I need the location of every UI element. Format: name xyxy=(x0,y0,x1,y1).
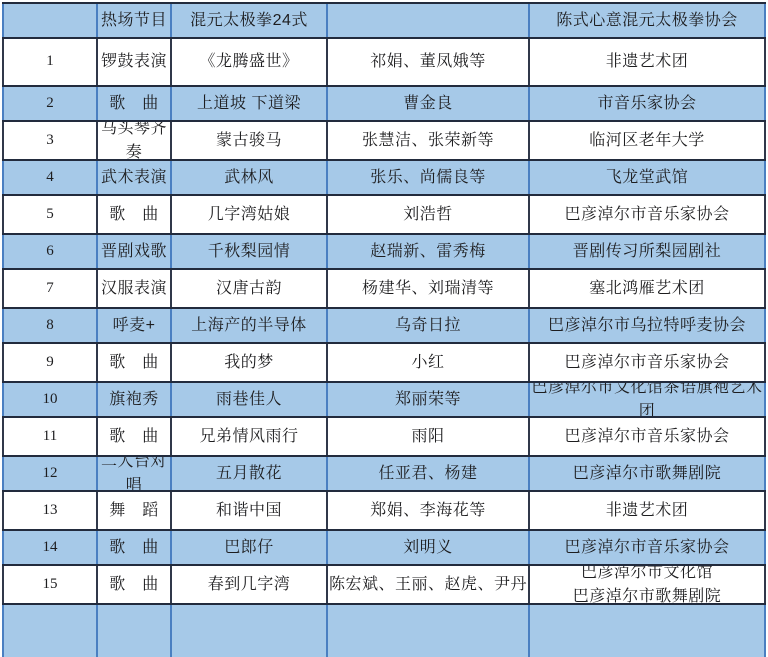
cell-title: 五月散花 xyxy=(172,457,328,490)
cell-category: 舞 蹈 xyxy=(98,492,172,529)
table-row: 8呼麦+上海产的半导体乌奇日拉巴彦淖尔市乌拉特呼麦协会 xyxy=(2,309,766,344)
cell-num: 10 xyxy=(2,383,98,416)
table-row: 9歌 曲我的梦小红巴彦淖尔市音乐家协会 xyxy=(2,344,766,383)
cell-performers: 小红 xyxy=(328,344,530,381)
table-row: 7汉服表演汉唐古韵杨建华、刘瑞清等塞北鸿雁艺术团 xyxy=(2,270,766,309)
cell-performers: 刘浩哲 xyxy=(328,196,530,233)
cell-organization: 塞北鸿雁艺术团 xyxy=(530,270,766,307)
cell-title: 混元太极拳24式 xyxy=(172,4,328,37)
table-row: 2歌 曲上道坡 下道梁曹金良市音乐家协会 xyxy=(2,87,766,122)
cell-category: 锣鼓表演 xyxy=(98,39,172,85)
cell-num: 4 xyxy=(2,161,98,194)
cell-organization: 非遗艺术团 xyxy=(530,492,766,529)
cell-category: 歌 曲 xyxy=(98,196,172,233)
cell-title: 《龙腾盛世》 xyxy=(172,39,328,85)
cell-category: 汉服表演 xyxy=(98,270,172,307)
table-row: 12二人台对唱五月散花任亚君、杨建巴彦淖尔市歌舞剧院 xyxy=(2,457,766,492)
cell-organization: 巴彦淖尔市音乐家协会 xyxy=(530,418,766,455)
table-row: 6晋剧戏歌千秋梨园情赵瑞新、雷秀梅晋剧传习所梨园剧社 xyxy=(2,235,766,270)
table-row-partial xyxy=(2,605,766,626)
cell-category: 歌 曲 xyxy=(98,418,172,455)
cell-performers: 陈宏斌、王丽、赵虎、尹丹 xyxy=(328,566,530,603)
cell-num: 3 xyxy=(2,122,98,159)
cell-organization: 市音乐家协会 xyxy=(530,87,766,120)
cell-num: 1 xyxy=(2,39,98,85)
cell-organization: 陈式心意混元太极拳协会 xyxy=(530,4,766,37)
table-row: 5歌 曲几字湾姑娘刘浩哲巴彦淖尔市音乐家协会 xyxy=(2,196,766,235)
cell-title: 上道坡 下道梁 xyxy=(172,87,328,120)
cell-category: 旗袍秀 xyxy=(98,383,172,416)
cell-num: 8 xyxy=(2,309,98,342)
cell-performers: 曹金良 xyxy=(328,87,530,120)
cell-title: 千秋梨园情 xyxy=(172,235,328,268)
cell-performers: 郑丽荣等 xyxy=(328,383,530,416)
cell-organization: 飞龙堂武馆 xyxy=(530,161,766,194)
cell-category xyxy=(98,605,172,626)
cell-num: 13 xyxy=(2,492,98,529)
cell-category: 歌 曲 xyxy=(98,566,172,603)
cell-category: 武术表演 xyxy=(98,161,172,194)
cell-organization: 巴彦淖尔市文化馆茶语旗袍艺术团 xyxy=(530,383,766,416)
cell-performers: 赵瑞新、雷秀梅 xyxy=(328,235,530,268)
cell-organization: 巴彦淖尔市乌拉特呼麦协会 xyxy=(530,309,766,342)
cell-title: 春到几字湾 xyxy=(172,566,328,603)
table-row: 3马头琴齐奏蒙古骏马张慧洁、张荣新等临河区老年大学 xyxy=(2,122,766,161)
cell-num: 7 xyxy=(2,270,98,307)
cell-num: 5 xyxy=(2,196,98,233)
cell-title: 我的梦 xyxy=(172,344,328,381)
cell-category: 呼麦+ xyxy=(98,309,172,342)
cell-organization: 非遗艺术团 xyxy=(530,39,766,85)
cell-title: 和谐中国 xyxy=(172,492,328,529)
cell-organization: 晋剧传习所梨园剧社 xyxy=(530,235,766,268)
cell-performers xyxy=(328,4,530,37)
table-row: 15歌 曲春到几字湾陈宏斌、王丽、赵虎、尹丹巴彦淖尔市文化馆 巴彦淖尔市歌舞剧院 xyxy=(2,566,766,605)
cell-title: 兄弟情风雨行 xyxy=(172,418,328,455)
table-row: 11歌 曲兄弟情风雨行雨阳巴彦淖尔市音乐家协会 xyxy=(2,418,766,457)
cell-organization xyxy=(530,605,766,626)
cell-organization: 巴彦淖尔市音乐家协会 xyxy=(530,344,766,381)
cell-category: 热场节目 xyxy=(98,4,172,37)
cell-performers: 任亚君、杨建 xyxy=(328,457,530,490)
cell-performers: 乌奇日拉 xyxy=(328,309,530,342)
cell-num xyxy=(2,4,98,37)
cell-title: 几字湾姑娘 xyxy=(172,196,328,233)
table-row: 14歌 曲巴郎仔刘明义巴彦淖尔市音乐家协会 xyxy=(2,531,766,566)
cell-num: 9 xyxy=(2,344,98,381)
table-row: 10旗袍秀雨巷佳人郑丽荣等巴彦淖尔市文化馆茶语旗袍艺术团 xyxy=(2,383,766,418)
cell-performers: 祁娟、董凤娥等 xyxy=(328,39,530,85)
cell-num: 6 xyxy=(2,235,98,268)
cell-num xyxy=(2,605,98,626)
cell-performers: 刘明义 xyxy=(328,531,530,564)
cell-title xyxy=(172,605,328,626)
cell-category: 二人台对唱 xyxy=(98,457,172,490)
cell-num: 15 xyxy=(2,566,98,603)
cell-organization: 巴彦淖尔市音乐家协会 xyxy=(530,196,766,233)
cell-performers: 张慧洁、张荣新等 xyxy=(328,122,530,159)
cell-organization: 巴彦淖尔市文化馆 巴彦淖尔市歌舞剧院 xyxy=(530,566,766,603)
cell-category: 歌 曲 xyxy=(98,531,172,564)
cell-title: 上海产的半导体 xyxy=(172,309,328,342)
program-table: 热场节目混元太极拳24式陈式心意混元太极拳协会1锣鼓表演《龙腾盛世》祁娟、董凤娥… xyxy=(2,2,766,626)
cell-num: 2 xyxy=(2,87,98,120)
cell-performers: 张乐、尚儒良等 xyxy=(328,161,530,194)
cell-title: 汉唐古韵 xyxy=(172,270,328,307)
cell-performers: 郑娟、李海花等 xyxy=(328,492,530,529)
cell-title: 雨巷佳人 xyxy=(172,383,328,416)
cell-organization: 巴彦淖尔市音乐家协会 xyxy=(530,531,766,564)
cell-organization: 巴彦淖尔市歌舞剧院 xyxy=(530,457,766,490)
cell-category: 晋剧戏歌 xyxy=(98,235,172,268)
table-row: 1锣鼓表演《龙腾盛世》祁娟、董凤娥等非遗艺术团 xyxy=(2,39,766,87)
cell-performers: 雨阳 xyxy=(328,418,530,455)
table-row: 13舞 蹈和谐中国郑娟、李海花等非遗艺术团 xyxy=(2,492,766,531)
cell-performers xyxy=(328,605,530,626)
cell-category: 歌 曲 xyxy=(98,87,172,120)
cell-organization: 临河区老年大学 xyxy=(530,122,766,159)
cell-title: 武林风 xyxy=(172,161,328,194)
cell-title: 巴郎仔 xyxy=(172,531,328,564)
cell-category: 歌 曲 xyxy=(98,344,172,381)
cell-performers: 杨建华、刘瑞清等 xyxy=(328,270,530,307)
cell-num: 12 xyxy=(2,457,98,490)
cell-title: 蒙古骏马 xyxy=(172,122,328,159)
table-row: 热场节目混元太极拳24式陈式心意混元太极拳协会 xyxy=(2,4,766,39)
cell-num: 11 xyxy=(2,418,98,455)
cell-category: 马头琴齐奏 xyxy=(98,122,172,159)
cell-num: 14 xyxy=(2,531,98,564)
table-row: 4武术表演武林风张乐、尚儒良等飞龙堂武馆 xyxy=(2,161,766,196)
